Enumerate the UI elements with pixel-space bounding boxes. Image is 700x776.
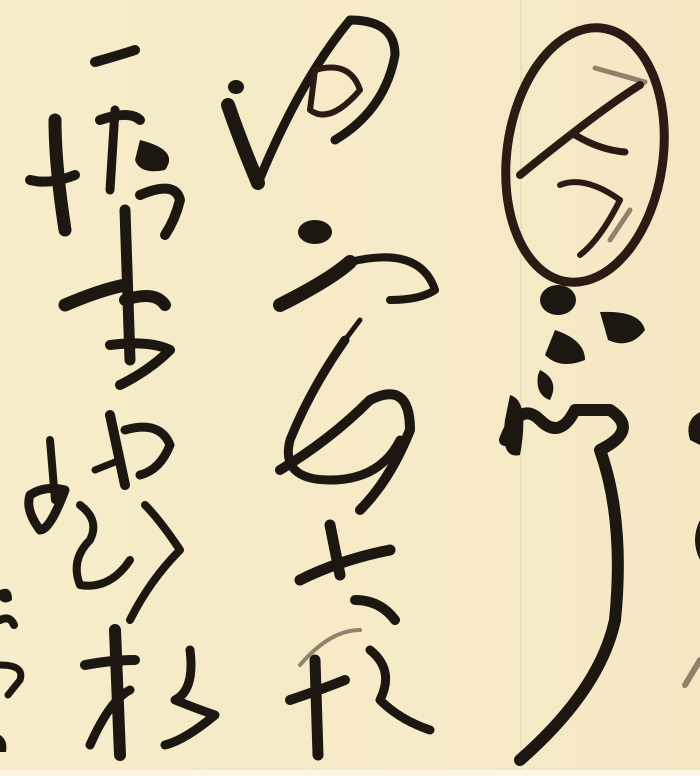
character-oval [490, 17, 680, 292]
paper-bottom-edge [0, 770, 700, 776]
edge-fragments-left [0, 589, 21, 752]
character-left-2 [65, 210, 170, 385]
character-loop-middle [280, 340, 410, 510]
character-left-3 [95, 415, 170, 485]
calligraphy-artwork [0, 0, 700, 776]
character-left-1 [30, 50, 180, 235]
character-a-shape [280, 220, 435, 360]
calligraphy-strokes [0, 0, 700, 776]
character-left-5 [85, 630, 215, 755]
character-loop-top [228, 20, 395, 183]
character-long-descender [504, 285, 645, 760]
edge-fragments-right [685, 412, 700, 685]
character-lower-2 [290, 630, 360, 755]
